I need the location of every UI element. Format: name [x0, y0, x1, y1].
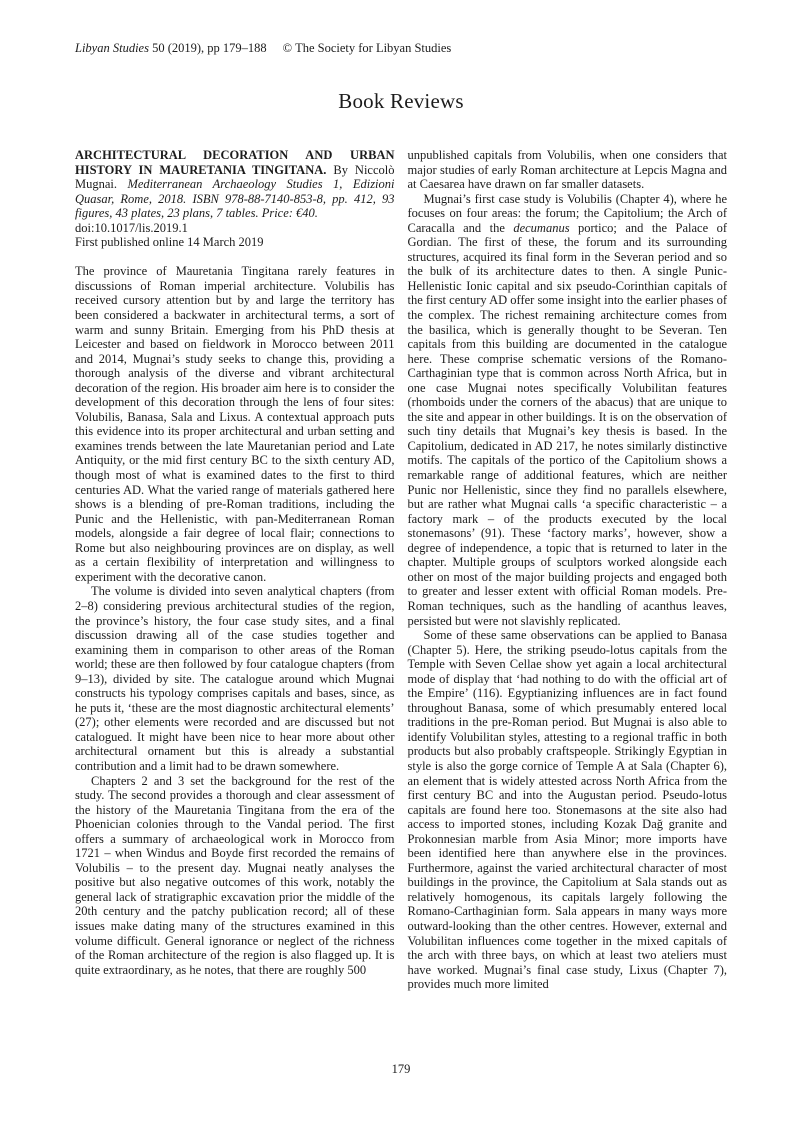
paragraph: The province of Mauretania Tingitana rar… — [75, 264, 395, 584]
paragraph: Mugnai’s first case study is Volubilis (… — [408, 192, 728, 628]
left-column: ARCHITECTURAL DECORATION AND URBAN HISTO… — [75, 148, 395, 992]
page-title: Book Reviews — [75, 89, 727, 114]
paragraph: Some of these same observations can be a… — [408, 628, 728, 992]
latin-term: decumanus — [513, 221, 569, 235]
paragraph-text: portico; and the Palace of Gordian. The … — [408, 221, 728, 628]
right-column: unpublished capitals from Volubilis, whe… — [408, 148, 728, 992]
copyright-notice: © The Society for Libyan Studies — [283, 41, 452, 55]
review-citation: ARCHITECTURAL DECORATION AND URBAN HISTO… — [75, 148, 395, 221]
journal-page: Libyan Studies 50 (2019), pp 179–188© Th… — [0, 0, 801, 1132]
paragraph: The volume is divided into seven analyti… — [75, 584, 395, 773]
doi-line: doi:10.1017/lis.2019.1 — [75, 221, 395, 236]
paragraph: unpublished capitals from Volubilis, whe… — [408, 148, 728, 192]
journal-issue-info: 50 (2019), pp 179–188 — [149, 41, 267, 55]
two-column-layout: ARCHITECTURAL DECORATION AND URBAN HISTO… — [75, 148, 727, 992]
running-header: Libyan Studies 50 (2019), pp 179–188© Th… — [75, 41, 727, 56]
paragraph: Chapters 2 and 3 set the background for … — [75, 774, 395, 978]
journal-name: Libyan Studies — [75, 41, 149, 55]
first-published-line: First published online 14 March 2019 — [75, 235, 395, 250]
page-number: 179 — [75, 1062, 727, 1077]
